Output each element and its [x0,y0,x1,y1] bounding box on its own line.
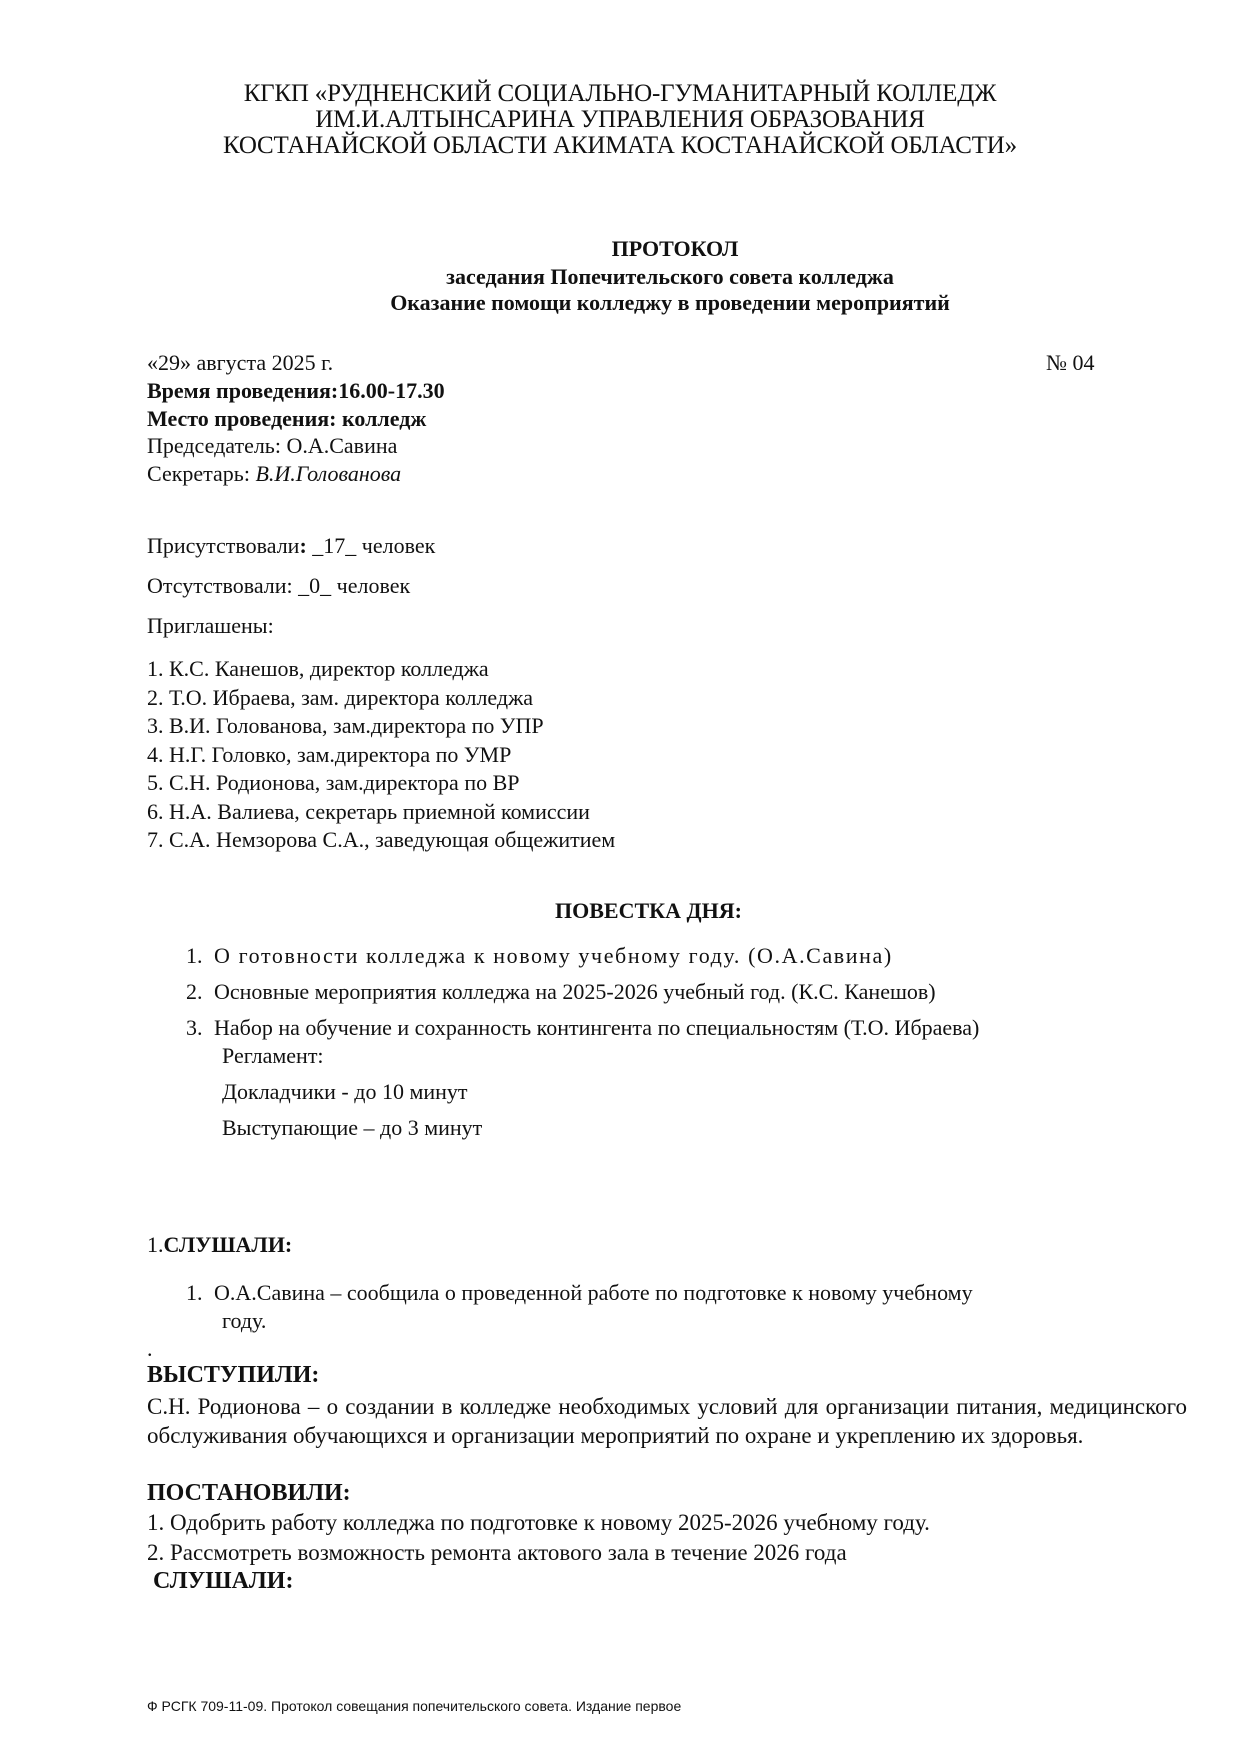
invited-item: 4. Н.Г. Головко, зам.директора по УМР [147,742,511,768]
heard-heading: 1.СЛУШАЛИ: [147,1232,292,1258]
org-name-line-3: КОСТАНАЙСКОЙ ОБЛАСТИ АКИМАТА КОСТАНАЙСКО… [0,132,1240,160]
meeting-time: Время проведения:16.00-17.30 [147,378,445,404]
doc-topic: Оказание помощи колледжу в проведении ме… [50,290,1240,316]
agenda-item-number: 1. [186,943,203,968]
invited-item: 6. Н.А. Валиева, секретарь приемной коми… [147,799,590,825]
agenda-item-text: Основные мероприятия колледжа на 2025-20… [214,979,936,1004]
chairperson: Председатель: О.А.Савина [147,433,397,459]
org-name-line-1: КГКП «РУДНЕНСКИЙ СОЦИАЛЬНО-ГУМАНИТАРНЫЙ … [0,80,1240,108]
secretary-value: В.И.Голованова [255,461,401,486]
heard-item-text: О.А.Савина – сообщила о проведенной рабо… [214,1280,973,1305]
secretary: Секретарь: В.И.Голованова [147,461,401,487]
agenda-item-number: 2. [186,979,203,1004]
agenda-item-number: 3. [186,1015,203,1040]
present-value: _17_ человек [307,533,436,558]
resolved-heading: ПОСТАНОВИЛИ: [147,1480,351,1507]
invited-item: 2. Т.О. Ибраева, зам. директора колледжа [147,685,533,711]
resolved-item: 2. Рассмотреть возможность ремонта актов… [147,1540,847,1566]
absent-count: Отсутствовали: _0_ человек [147,573,410,599]
heard-label: СЛУШАЛИ: [164,1232,293,1257]
time-label: Время проведения: [147,378,338,403]
spoke-text: С.Н. Родионова – о создании в колледже н… [147,1392,1187,1450]
org-name-line-2: ИМ.И.АЛТЫНСАРИНА УПРАВЛЕНИЯ ОБРАЗОВАНИЯ [0,106,1240,134]
document-footer: Ф РСГК 709-11-09. Протокол совещания поп… [147,1698,681,1714]
agenda-item-2: 2. Основные мероприятия колледжа на 2025… [186,979,936,1005]
reglament-participants: Выступающие – до 3 минут [222,1115,482,1141]
invited-item: 1. К.С. Канешов, директор колледжа [147,656,489,682]
present-count: Присутствовали: _17_ человек [147,533,435,559]
stray-dot: . [147,1336,153,1362]
agenda-item-text: О готовности колледжа к новому учебному … [214,943,893,968]
heard-item-continuation: году. [222,1308,266,1334]
doc-type-title: ПРОТОКОЛ [55,236,1240,262]
place-value: колледж [336,406,426,431]
secretary-label: Секретарь: [147,461,255,486]
next-heard-heading: СЛУШАЛИ: [147,1568,293,1595]
reglament-label: Регламент: [222,1043,324,1069]
heard-item: 1. О.А.Савина – сообщила о проведенной р… [186,1280,973,1306]
doc-subtitle: заседания Попечительского совета колледж… [50,264,1240,290]
meeting-date: «29» августа 2025 г. [147,350,333,376]
agenda-item-1: 1. О готовности колледжа к новому учебно… [186,943,893,969]
reglament-speakers: Докладчики - до 10 минут [222,1079,468,1105]
chair-label: Председатель: [147,433,286,458]
chair-value: О.А.Савина [286,433,397,458]
meeting-place: Место проведения: колледж [147,406,426,432]
present-label: Присутствовали [147,533,299,558]
agenda-item-text: Набор на обучение и сохранность континге… [214,1015,979,1040]
protocol-number: № 04 [1046,350,1095,376]
resolved-item: 1. Одобрить работу колледжа по подготовк… [147,1510,930,1536]
time-value: 16.00-17.30 [338,378,444,403]
place-label: Место проведения: [147,406,336,431]
spoke-heading: ВЫСТУПИЛИ: [147,1362,319,1389]
invited-item: 7. С.А. Немзорова С.А., заведующая общеж… [147,827,615,853]
heard-item-number: 1. [186,1280,203,1305]
invited-label: Приглашены: [147,613,274,639]
present-colon: : [299,533,306,558]
heard-number: 1. [147,1232,164,1257]
agenda-title: ПОВЕСТКА ДНЯ: [555,898,742,924]
invited-item: 3. В.И. Голованова, зам.директора по УПР [147,713,544,739]
invited-item: 5. С.Н. Родионова, зам.директора по ВР [147,770,520,796]
agenda-item-3: 3. Набор на обучение и сохранность конти… [186,1015,979,1041]
